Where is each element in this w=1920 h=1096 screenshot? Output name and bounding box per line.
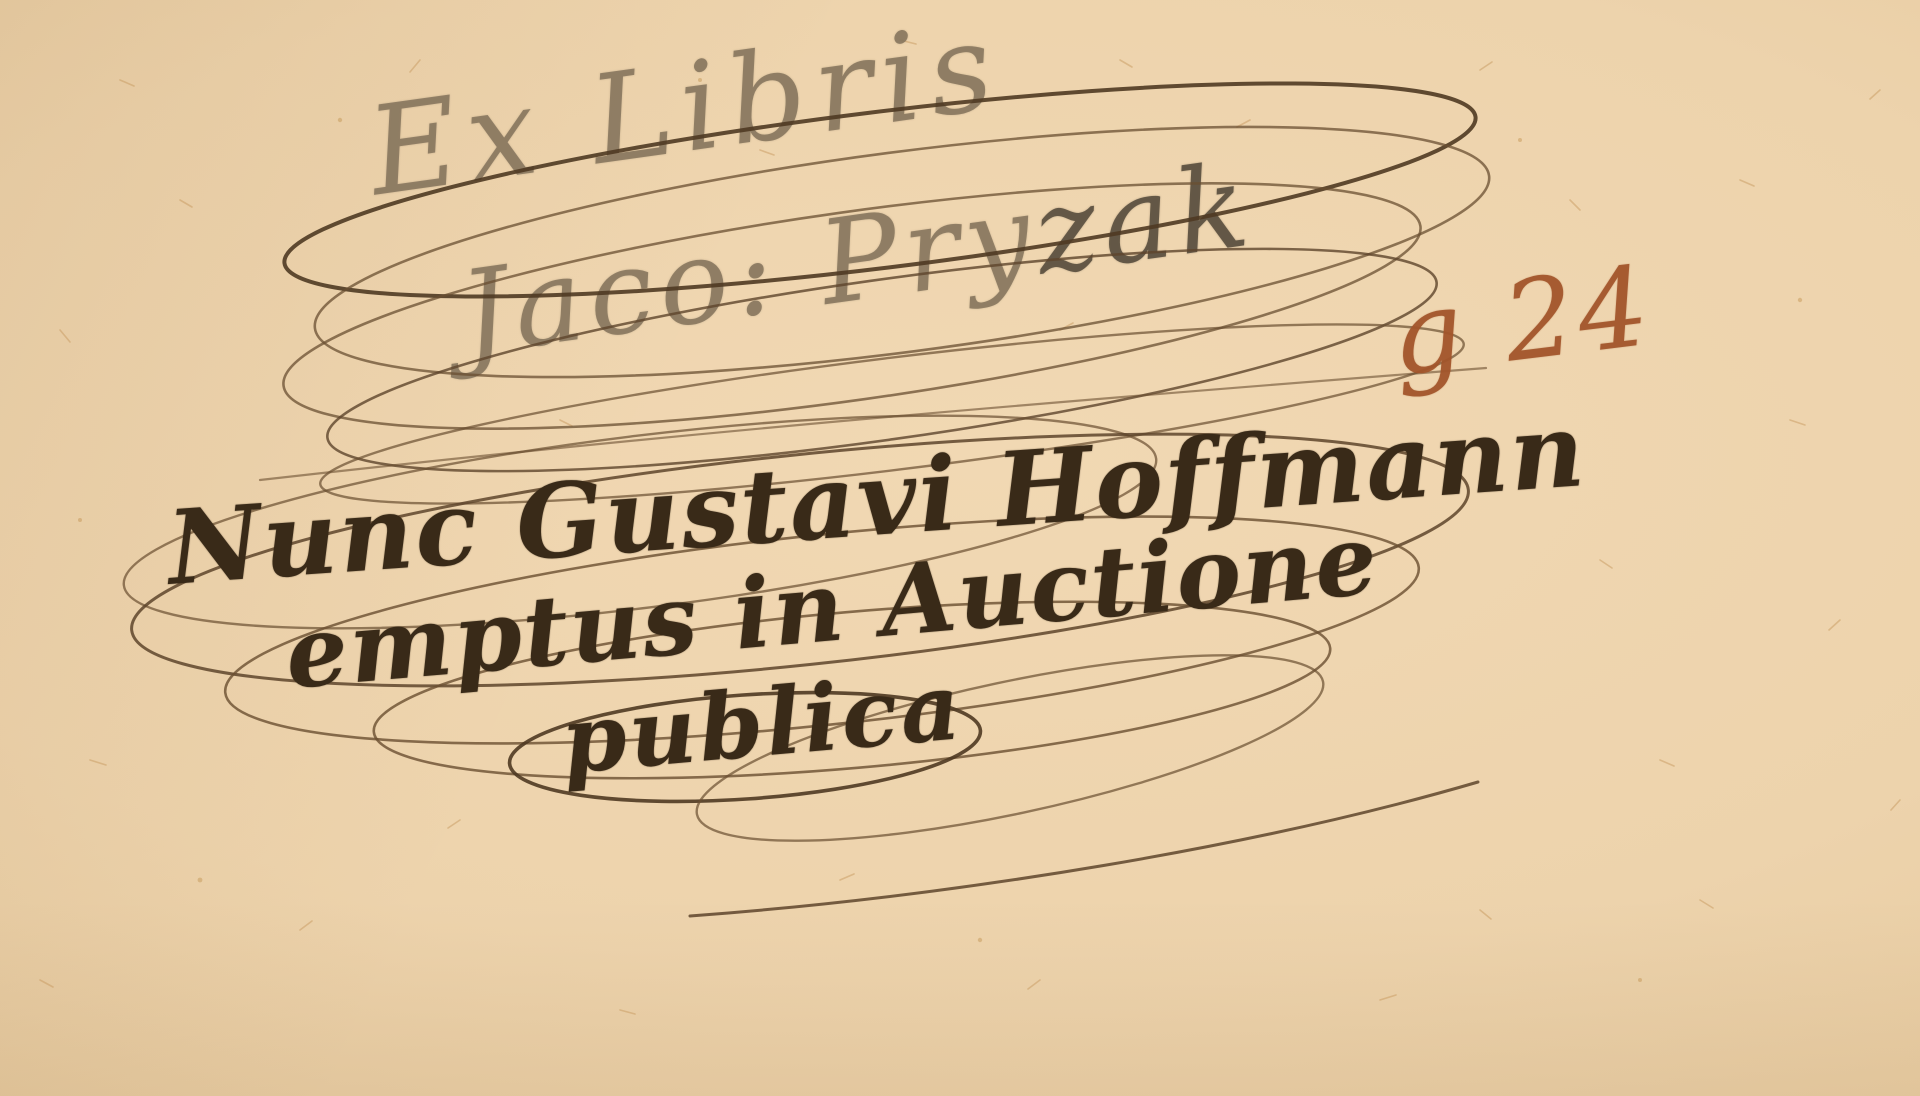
inscription-shelf-mark: g 24	[1385, 251, 1658, 392]
manuscript-page: Ex Libris Jaco: Pryzak g 24 Nunc Gustavi…	[0, 0, 1920, 1096]
